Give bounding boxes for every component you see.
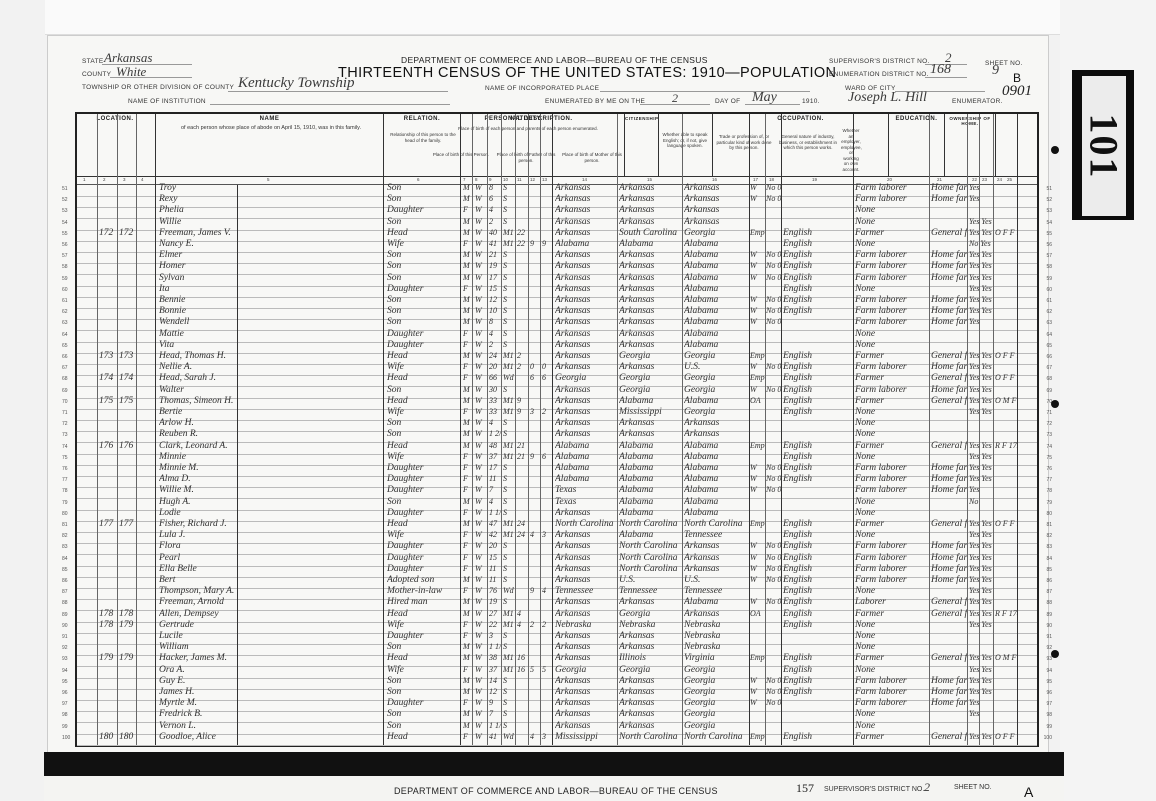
cell-race: W	[475, 541, 487, 550]
cell-name: William	[159, 642, 381, 652]
column-number: 25	[1007, 177, 1012, 182]
column-number: 3	[123, 177, 126, 182]
cell-edu: Yes Yes	[969, 452, 993, 461]
cell-race: W	[475, 497, 487, 506]
cell-race: W	[475, 329, 487, 338]
cell-trade: Farm laborer	[855, 295, 927, 305]
cell-bp: Arkansas	[555, 687, 617, 697]
line-number: 72	[1046, 421, 1052, 427]
cell-edu: Yes Yes	[969, 373, 993, 382]
cell-edu: Yes Yes	[969, 530, 993, 539]
cell-edu: Yes	[969, 698, 993, 707]
cell-name: Ita	[159, 284, 381, 294]
line-number: 66	[62, 354, 68, 360]
cell-bf: Georgia	[619, 351, 681, 361]
cell-edu: Yes Yes	[969, 620, 993, 629]
line-number: 51	[62, 186, 68, 192]
line-number: 58	[62, 264, 68, 270]
cell-bm: Alabama	[684, 317, 748, 327]
cell-edu: Yes Yes	[969, 609, 993, 618]
header-citizenship: CITIZENSHIP.	[625, 116, 657, 121]
line-number: 73	[1046, 432, 1052, 438]
cell-bm: Arkansas	[684, 418, 748, 428]
cell-ext: No 0	[766, 183, 781, 192]
cell-ext: No 0	[766, 485, 781, 494]
cell-name: Freeman, James V.	[159, 228, 381, 238]
cell-race: W	[475, 665, 487, 674]
line-number: 81	[62, 522, 68, 528]
cell-relation: Son	[387, 295, 459, 305]
cell-edu: Yes Yes Yes	[969, 250, 993, 259]
cell-ext: No 0	[766, 676, 781, 685]
cell-race: W	[475, 586, 487, 595]
cell-industry: General farm	[931, 609, 967, 619]
cell-relation: Daughter	[387, 474, 459, 484]
cell-bf: North Carolina	[619, 732, 681, 742]
cell-relation: Son	[387, 418, 459, 428]
cell-living: 5	[542, 665, 552, 674]
column-number: 22	[972, 177, 977, 182]
cell-edu: Yes Yes Yes	[969, 306, 993, 315]
cell-bf: South Carolina	[619, 228, 681, 238]
cell-edu: Yes Yes	[969, 653, 993, 662]
cell-dwelling: 179	[99, 653, 117, 663]
cell-living: 4	[542, 586, 552, 595]
cell-bm: Arkansas	[684, 429, 748, 439]
cell-edu: No Yes	[969, 239, 993, 248]
line-number: 78	[1046, 488, 1052, 494]
cell-bp: North Carolina	[555, 519, 617, 529]
line-number: 52	[62, 197, 68, 203]
cell-bf: Arkansas	[619, 329, 681, 339]
line-number: 61	[1046, 298, 1052, 304]
cell-name: Nellie A.	[159, 362, 381, 372]
cell-edu: Yes Yes Yes	[969, 295, 993, 304]
cell-family: 177	[119, 519, 137, 529]
cell-bm: Georgia	[684, 228, 748, 238]
cell-lang: English	[783, 586, 853, 596]
cell-name: Vernon L.	[159, 721, 381, 731]
cell-bm: Arkansas	[684, 194, 748, 204]
cell-emp: W	[750, 575, 765, 584]
cell-yrs: 22	[517, 239, 528, 248]
cell-bf: Arkansas	[619, 217, 681, 227]
cell-bp: Arkansas	[555, 329, 617, 339]
cell-lang: English	[783, 273, 853, 283]
line-number: 89	[62, 612, 68, 618]
cell-born: 9	[530, 452, 540, 461]
cell-trade: Farm laborer	[855, 385, 927, 395]
line-number: 65	[1046, 343, 1052, 349]
cell-bm: Alabama	[684, 474, 748, 484]
cell-bf: Arkansas	[619, 597, 681, 607]
cell-race: W	[475, 273, 487, 282]
cell-bp: Nebraska	[555, 620, 617, 630]
col-line	[383, 114, 384, 745]
cell-bm: Alabama	[684, 295, 748, 305]
cell-trade: None	[855, 497, 927, 507]
cell-lang: English	[783, 653, 853, 663]
cell-bp: Arkansas	[555, 385, 617, 395]
cell-bm: Alabama	[684, 273, 748, 283]
cell-bf: Alabama	[619, 452, 681, 462]
cell-living: 3	[542, 732, 552, 741]
cell-relation: Wife	[387, 665, 459, 675]
cell-dwelling: 176	[99, 441, 117, 451]
cell-trade: Farmer	[855, 373, 927, 383]
cell-relation: Head	[387, 519, 459, 529]
cell-edu: Yes	[969, 317, 993, 326]
cell-trade: Farm laborer	[855, 261, 927, 271]
cell-relation: Daughter	[387, 485, 459, 495]
header-birth-mother: Place of birth of Mother of this person.	[561, 152, 623, 163]
cell-bf: Arkansas	[619, 306, 681, 316]
cell-industry: Home farm	[931, 564, 967, 574]
divider	[712, 114, 713, 176]
cell-name: Troy	[159, 183, 381, 193]
line-number: 64	[1046, 332, 1052, 338]
cell-ext: No 0	[766, 194, 781, 203]
col-line	[540, 114, 541, 745]
line-number: 67	[62, 365, 68, 371]
cell-industry: Home farm	[931, 485, 967, 495]
cell-lang: English	[783, 597, 853, 607]
cell-ext: No 0	[766, 362, 781, 371]
line-number: 52	[1046, 197, 1052, 203]
cell-bm: Arkansas	[684, 564, 748, 574]
cell-family: 179	[119, 653, 137, 663]
cell-trade: Farmer	[855, 396, 927, 406]
line-number: 98	[62, 712, 68, 718]
cell-relation: Daughter	[387, 463, 459, 473]
cell-race: W	[475, 228, 487, 237]
cell-relation: Daughter	[387, 284, 459, 294]
cell-yrs: 22	[517, 228, 528, 237]
cell-family: 179	[119, 620, 137, 630]
column-number: 19	[812, 177, 817, 182]
column-number: 14	[582, 177, 587, 182]
line-number: 64	[62, 332, 68, 338]
cell-edu: Yes Yes	[969, 597, 993, 606]
cell-trade: None	[855, 429, 927, 439]
cell-name: Lula J.	[159, 530, 381, 540]
cell-race: W	[475, 373, 487, 382]
cell-industry: Home farm	[931, 474, 967, 484]
column-headers: LOCATION. NAME of each person whose plac…	[77, 114, 1037, 177]
cell-bp: Arkansas	[555, 709, 617, 719]
cell-trade: Farm laborer	[855, 485, 927, 495]
cell-bp: Arkansas	[555, 575, 617, 585]
cell-trade: Farm laborer	[855, 676, 927, 686]
cell-born: 5	[530, 665, 540, 674]
cell-bm: Alabama	[684, 239, 748, 249]
column-number: 2	[103, 177, 106, 182]
cell-yrs: 16	[517, 653, 528, 662]
cell-relation: Wife	[387, 239, 459, 249]
cell-living: 0	[542, 362, 552, 371]
column-number: 8	[475, 177, 478, 182]
cell-relation: Wife	[387, 452, 459, 462]
cell-name: Head, Thomas H.	[159, 351, 381, 361]
cell-lang: English	[783, 407, 853, 417]
cell-bp: Arkansas	[555, 295, 617, 305]
cell-name: Guy E.	[159, 676, 381, 686]
column-number: 16	[712, 177, 717, 182]
cell-bm: Georgia	[684, 407, 748, 417]
column-number: 24	[997, 177, 1002, 182]
line-number: 76	[62, 466, 68, 472]
cell-bf: Alabama	[619, 441, 681, 451]
header-employer: Whether an employer, employee, or workin…	[841, 128, 861, 172]
cell-bm: Georgia	[684, 687, 748, 697]
cell-own: O M F 171	[995, 396, 1017, 405]
cell-relation: Daughter	[387, 329, 459, 339]
cell-family: 175	[119, 396, 137, 406]
cell-edu: Yes Yes Yes	[969, 553, 993, 562]
line-number: 93	[62, 656, 68, 662]
cell-relation: Son	[387, 709, 459, 719]
cell-bf: Arkansas	[619, 183, 681, 193]
cell-trade: None	[855, 508, 927, 518]
col-line	[528, 114, 529, 745]
cell-dwelling: 180	[99, 732, 117, 742]
col-line	[781, 114, 782, 745]
line-number: 69	[62, 388, 68, 394]
cell-lang: English	[783, 575, 853, 585]
cell-bm: Georgia	[684, 698, 748, 708]
page-gap	[44, 752, 1064, 778]
cell-race: W	[475, 205, 487, 214]
cell-relation: Daughter	[387, 553, 459, 563]
cell-edu: Yes Yes	[969, 217, 993, 226]
township-underline	[228, 91, 448, 92]
cell-race: W	[475, 429, 487, 438]
cell-ext: No 0	[766, 575, 781, 584]
cell-bm: Arkansas	[684, 553, 748, 563]
cell-race: W	[475, 385, 487, 394]
col-line	[552, 114, 553, 745]
cell-race: W	[475, 687, 487, 696]
cell-edu: Yes Yes Yes	[969, 284, 993, 293]
line-number: 53	[62, 208, 68, 214]
cell-edu: Yes Yes Yes	[969, 564, 993, 573]
cell-emp: W	[750, 463, 765, 472]
cell-bp: Arkansas	[555, 653, 617, 663]
cell-relation: Son	[387, 721, 459, 731]
next-supervisor-no: 2	[924, 780, 930, 795]
enumerated-label: ENUMERATED BY ME ON THE	[545, 98, 645, 105]
cell-trade: None	[855, 631, 927, 641]
cell-born: 0	[530, 362, 540, 371]
cell-industry: Home farm	[931, 295, 967, 305]
line-number: 84	[1046, 556, 1052, 562]
cell-emp: W	[750, 183, 765, 192]
cell-bp: Arkansas	[555, 250, 617, 260]
cell-bm: Georgia	[684, 709, 748, 719]
line-number: 79	[62, 500, 68, 506]
cell-industry: Home farm	[931, 463, 967, 473]
cell-ext: No 0	[766, 317, 781, 326]
header-industry: General nature of industry, business, or…	[777, 134, 839, 151]
cell-bf: Arkansas	[619, 362, 681, 372]
line-number: 68	[1046, 376, 1052, 382]
col-line	[929, 114, 930, 745]
cell-lang: English	[783, 620, 853, 630]
cell-industry: General farm	[931, 228, 967, 238]
cell-name: Thompson, Mary A.	[159, 586, 381, 596]
cell-dwelling: 174	[99, 373, 117, 383]
cell-lang: English	[783, 452, 853, 462]
line-number: 94	[1046, 668, 1052, 674]
cell-relation: Head	[387, 228, 459, 238]
cell-emp: W	[750, 250, 765, 259]
cell-living: 9	[542, 239, 552, 248]
cell-emp: W	[750, 541, 765, 550]
cell-trade: Farm laborer	[855, 687, 927, 697]
cell-born: 4	[530, 530, 540, 539]
cell-race: W	[475, 351, 487, 360]
cell-bp: Arkansas	[555, 597, 617, 607]
cell-ext: No 0	[766, 463, 781, 472]
cell-bp: Alabama	[555, 474, 617, 484]
cell-bm: Alabama	[684, 284, 748, 294]
cell-emp: Emp	[750, 228, 765, 237]
cell-relation: Head	[387, 351, 459, 361]
cell-bp: Arkansas	[555, 530, 617, 540]
cell-family: 176	[119, 441, 137, 451]
cell-born: 3	[530, 407, 540, 416]
line-number: 90	[1046, 623, 1052, 629]
cell-lang: English	[783, 676, 853, 686]
cell-industry: General farm	[931, 732, 967, 742]
cell-own: O F F 169	[995, 351, 1017, 360]
cell-race: W	[475, 239, 487, 248]
line-number: 93	[1046, 656, 1052, 662]
cell-bm: Arkansas	[684, 609, 748, 619]
cell-bf: Arkansas	[619, 273, 681, 283]
cell-bm: Alabama	[684, 597, 748, 607]
cell-race: W	[475, 721, 487, 730]
cell-emp: W	[750, 474, 765, 483]
cell-relation: Son	[387, 385, 459, 395]
cell-bp: Alabama	[555, 239, 617, 249]
cell-race: W	[475, 441, 487, 450]
institution-underline	[210, 104, 450, 105]
cell-bp: Mississippi	[555, 732, 617, 742]
cell-bm: Alabama	[684, 329, 748, 339]
cell-bf: Tennessee	[619, 586, 681, 596]
header-relation-sub: Relationship of this person to the head …	[389, 132, 457, 143]
cell-emp: W	[750, 485, 765, 494]
cell-name: James H.	[159, 687, 381, 697]
enumeration-no: 168	[930, 62, 951, 78]
cell-bf: Arkansas	[619, 340, 681, 350]
line-number: 55	[62, 231, 68, 237]
day-underline	[640, 104, 710, 105]
line-number: 92	[62, 645, 68, 651]
enumerator-label: ENUMERATOR.	[952, 98, 1003, 105]
cell-trade: Farmer	[855, 228, 927, 238]
cell-bp: Georgia	[555, 373, 617, 383]
line-number: 85	[1046, 567, 1052, 573]
cell-race: W	[475, 597, 487, 606]
census-title: THIRTEENTH CENSUS OF THE UNITED STATES: …	[338, 65, 836, 81]
line-number: 54	[62, 220, 68, 226]
cell-family: 178	[119, 609, 137, 619]
cell-race: W	[475, 250, 487, 259]
col-line	[472, 114, 473, 745]
cell-relation: Adopted son	[387, 575, 459, 585]
cell-bf: Arkansas	[619, 205, 681, 215]
line-number: 55	[1046, 231, 1052, 237]
line-number: 84	[62, 556, 68, 562]
cell-dwelling: 178	[99, 620, 117, 630]
cell-industry: Home farm	[931, 385, 967, 395]
cell-relation: Wife	[387, 530, 459, 540]
cell-yrs: 24	[517, 530, 528, 539]
col-line	[501, 114, 502, 745]
cell-trade: Farm laborer	[855, 273, 927, 283]
cell-trade: Farm laborer	[855, 250, 927, 260]
column-number: 9	[489, 177, 492, 182]
cell-emp: W	[750, 553, 765, 562]
cell-bf: Alabama	[619, 474, 681, 484]
line-number: 75	[1046, 455, 1052, 461]
cell-name: Alma D.	[159, 474, 381, 484]
column-number: 18	[769, 177, 774, 182]
cell-relation: Son	[387, 642, 459, 652]
cell-ext: No 0	[766, 597, 781, 606]
col-line	[237, 185, 238, 745]
cell-bp: Arkansas	[555, 698, 617, 708]
cell-ext: No 0	[766, 541, 781, 550]
cell-race: W	[475, 261, 487, 270]
cell-yrs: 24	[517, 519, 528, 528]
cell-dwelling: 173	[99, 351, 117, 361]
cell-family: 173	[119, 351, 137, 361]
column-number: 15	[647, 177, 652, 182]
cell-name: Clark, Leonard A.	[159, 441, 381, 451]
cell-race: W	[475, 340, 487, 349]
cell-race: W	[475, 362, 487, 371]
col-line	[117, 114, 118, 745]
cell-bf: Georgia	[619, 609, 681, 619]
cell-bp: Alabama	[555, 452, 617, 462]
cell-name: Mattie	[159, 329, 381, 339]
cell-edu: Yes Yes	[969, 396, 993, 405]
incorporated-underline	[600, 91, 810, 92]
cell-yrs: 16	[517, 665, 528, 674]
line-number: 88	[62, 600, 68, 606]
cell-name: Minnie M.	[159, 463, 381, 473]
cell-edu: Yes Yes	[969, 407, 993, 416]
cell-relation: Son	[387, 429, 459, 439]
next-sheet-preview: DEPARTMENT OF COMMERCE AND LABOR—BUREAU …	[44, 776, 1064, 801]
cell-trade: Farm laborer	[855, 362, 927, 372]
cell-bf: Arkansas	[619, 698, 681, 708]
cell-born: 2	[530, 620, 540, 629]
cell-relation: Head	[387, 653, 459, 663]
cell-living: 2	[542, 407, 552, 416]
cell-trade: Farm laborer	[855, 183, 927, 193]
cell-bm: Nebraska	[684, 631, 748, 641]
col-line	[1017, 114, 1018, 745]
cell-trade: None	[855, 665, 927, 675]
cell-bp: Arkansas	[555, 340, 617, 350]
column-number: 17	[753, 177, 758, 182]
column-number: 12	[530, 177, 535, 182]
cell-emp: W	[750, 676, 765, 685]
